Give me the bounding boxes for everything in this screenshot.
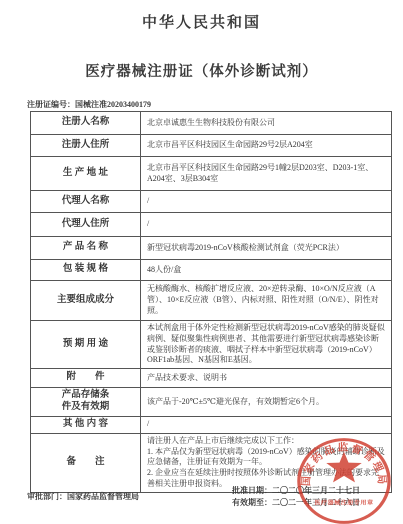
certificate-title: 医疗器械注册证（体外诊断试剂）: [0, 60, 403, 81]
table-row: 代理人住所/: [31, 213, 392, 237]
registration-number-line: 注册证编号：国械注准20203400179: [27, 99, 151, 110]
approval-department: 审批部门：国家药品监督管理局: [27, 491, 139, 502]
row-value: 该产品于-20℃±5℃避光保存，有效期暂定6个月。: [141, 388, 392, 417]
valid-until-line: 有效期至：二〇二一年三月二十六日: [232, 497, 360, 509]
row-label: 产品存储条 件及有效期: [31, 388, 141, 417]
approve-date-value: 二〇二〇年三月二十七日: [272, 486, 360, 495]
table-row: 生 产 地 址北京市昌平区科技园区生命园路29号1幢2层D203室、D203-1…: [31, 157, 392, 191]
approval-department-label: 审批部门：: [27, 492, 67, 501]
row-value: 本试剂盒用于体外定性检测新型冠状病毒2019-nCoV感染的肺炎疑似病例、疑似聚…: [141, 321, 392, 369]
row-value: 48人份/盒: [141, 260, 392, 281]
valid-until-value: 二〇二一年三月二十六日: [272, 498, 360, 507]
registration-number-label: 注册证编号：: [27, 100, 75, 109]
country-title: 中华人民共和国: [0, 11, 403, 32]
row-label: 代理人住所: [31, 213, 141, 237]
table-row: 注册人住所北京市昌平区科技园区生命园路29号2层A204室: [31, 135, 392, 157]
row-value: 北京卓诚惠生生物科技股份有限公司: [141, 112, 392, 135]
row-label: 附 件: [31, 369, 141, 388]
row-value: 产品技术要求、说明书: [141, 369, 392, 388]
table-row: 产品存储条 件及有效期该产品于-20℃±5℃避光保存，有效期暂定6个月。: [31, 388, 392, 417]
table-row: 附 件产品技术要求、说明书: [31, 369, 392, 388]
row-label: 主要组成成分: [31, 281, 141, 321]
row-label: 包 装 规 格: [31, 260, 141, 281]
row-value: 北京市昌平区科技园区生命园路29号2层A204室: [141, 135, 392, 157]
row-value: 新型冠状病毒2019-nCoV核酸检测试剂盒（荧光PCR法）: [141, 237, 392, 260]
row-label: 注册人名称: [31, 112, 141, 135]
approve-date-label: 批准日期：: [232, 486, 272, 495]
row-value: /: [141, 191, 392, 213]
row-label: 预 期 用 途: [31, 321, 141, 369]
valid-until-label: 有效期至：: [232, 498, 272, 507]
row-label: 产 品 名 称: [31, 237, 141, 260]
row-label: 代理人名称: [31, 191, 141, 213]
certificate-page: { "page": { "country": "中华人民共和国", "title…: [0, 0, 403, 524]
row-label: 备 注: [31, 433, 141, 492]
registration-number-value: 国械注准20203400179: [75, 100, 151, 109]
row-label: 注册人住所: [31, 135, 141, 157]
table-row: 预 期 用 途本试剂盒用于体外定性检测新型冠状病毒2019-nCoV感染的肺炎疑…: [31, 321, 392, 369]
approve-date-line: 批准日期：二〇二〇年三月二十七日: [232, 485, 360, 497]
table-row: 主要组成成分无核酸酶水、核酸扩增反应液、20×逆转录酶、10×O/N反应液（A管…: [31, 281, 392, 321]
table-row: 包 装 规 格48人份/盒: [31, 260, 392, 281]
certificate-table: 注册人名称北京卓诚惠生生物科技股份有限公司 注册人住所北京市昌平区科技园区生命园…: [30, 111, 392, 493]
row-value: 无核酸酶水、核酸扩增反应液、20×逆转录酶、10×O/N反应液（A管）、10×E…: [141, 281, 392, 321]
table-row: 产 品 名 称新型冠状病毒2019-nCoV核酸检测试剂盒（荧光PCR法）: [31, 237, 392, 260]
date-block: 批准日期：二〇二〇年三月二十七日 有效期至：二〇二一年三月二十六日: [232, 485, 360, 509]
table-row: 其 他 内 容/: [31, 416, 392, 433]
row-label: 生 产 地 址: [31, 157, 141, 191]
row-value: /: [141, 213, 392, 237]
row-label: 其 他 内 容: [31, 416, 141, 433]
row-value: /: [141, 416, 392, 433]
table-row: 代理人名称/: [31, 191, 392, 213]
table-row: 备 注请注册人在产品上市后继续完成以下工作： 1. 本产品仅为新型冠状病毒（20…: [31, 433, 392, 492]
row-value: 北京市昌平区科技园区生命园路29号1幢2层D203室、D203-1室、A204室…: [141, 157, 392, 191]
row-value: 请注册人在产品上市后继续完成以下工作： 1. 本产品仅为新型冠状病毒（2019-…: [141, 433, 392, 492]
table-row: 注册人名称北京卓诚惠生生物科技股份有限公司: [31, 112, 392, 135]
approval-department-value: 国家药品监督管理局: [67, 492, 139, 501]
